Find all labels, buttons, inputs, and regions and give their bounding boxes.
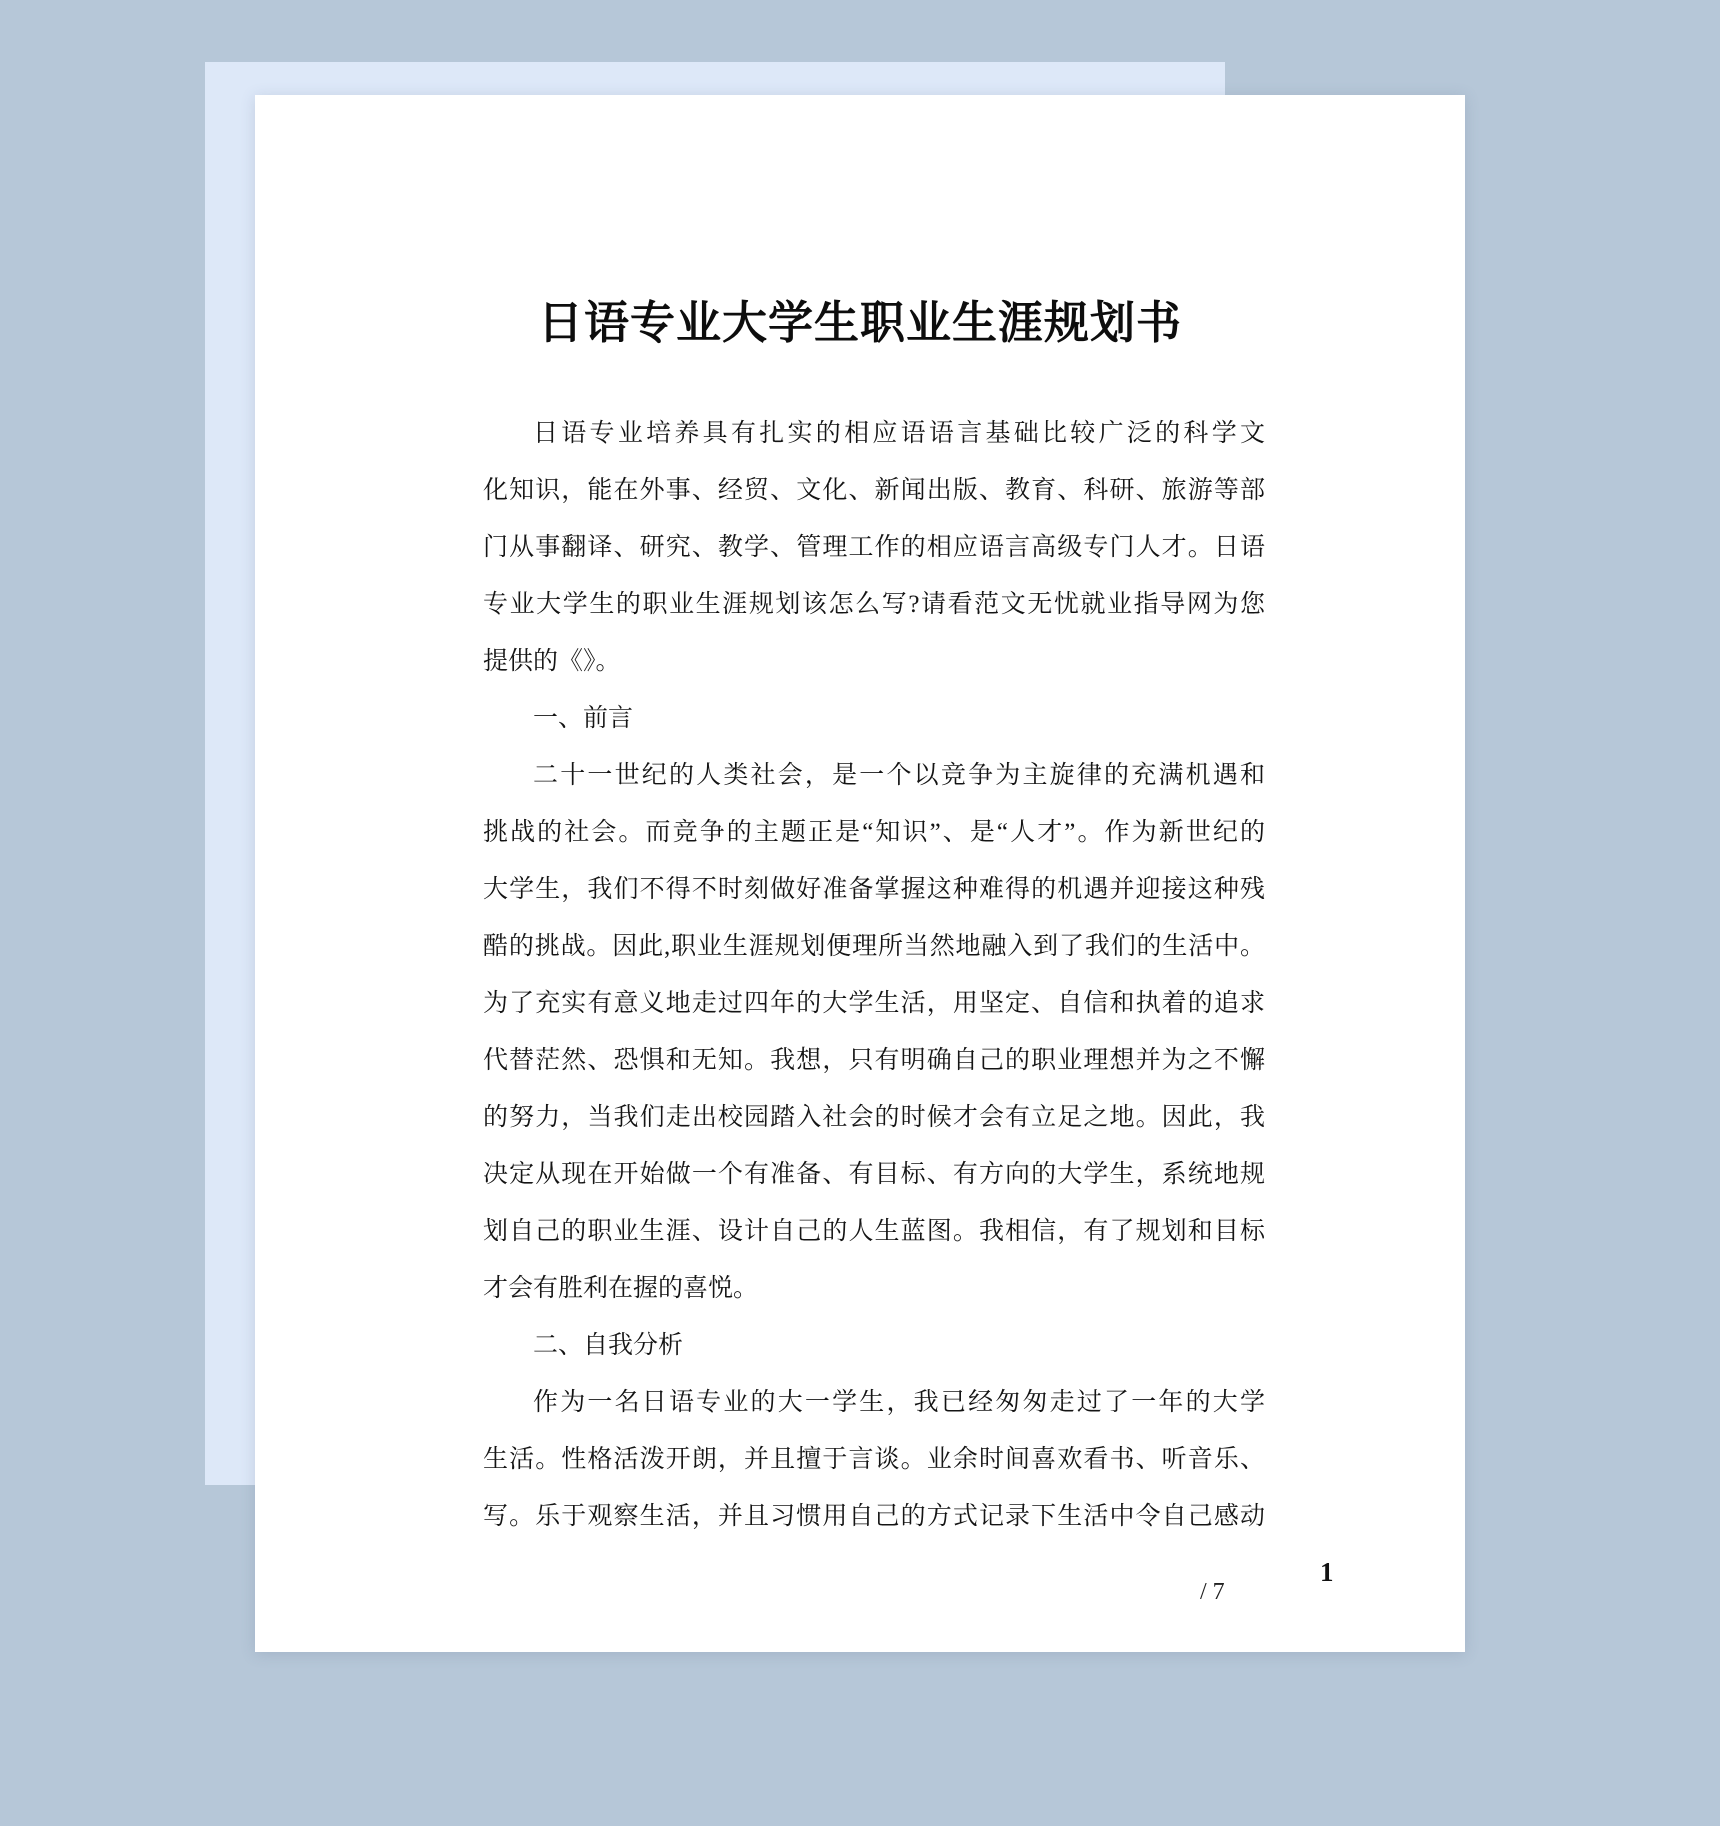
paragraph-line: 划自己的职业生涯、设计自己的人生蓝图。我相信，有了规划和目标 bbox=[483, 1203, 1265, 1260]
paragraph-line: 门从事翻译、研究、教学、管理工作的相应语言高级专门人才。日语 bbox=[483, 519, 1265, 576]
paragraph-line: 代替茫然、恐惧和无知。我想，只有明确自己的职业理想并为之不懈 bbox=[483, 1032, 1265, 1089]
section-heading: 一、前言 bbox=[483, 690, 1265, 747]
document-page: 日语专业大学生职业生涯规划书 日语专业培养具有扎实的相应语语言基础比较广泛的科学… bbox=[255, 95, 1465, 1652]
paragraph-line: 提供的《》。 bbox=[483, 633, 1265, 690]
paragraph-line: 为了充实有意义地走过四年的大学生活，用坚定、自信和执着的追求 bbox=[483, 975, 1265, 1032]
document-body: 日语专业培养具有扎实的相应语语言基础比较广泛的科学文 化知识，能在外事、经贸、文… bbox=[483, 405, 1265, 1545]
paragraph-line: 化知识，能在外事、经贸、文化、新闻出版、教育、科研、旅游等部 bbox=[483, 462, 1265, 519]
paragraph-line: 生活。性格活泼开朗，并且擅于言谈。业余时间喜欢看书、听音乐、 bbox=[483, 1431, 1265, 1488]
paragraph-line: 二十一世纪的人类社会，是一个以竞争为主旋律的充满机遇和 bbox=[483, 747, 1265, 804]
document-title: 日语专业大学生职业生涯规划书 bbox=[255, 293, 1465, 353]
paragraph-line: 才会有胜利在握的喜悦。 bbox=[483, 1260, 1265, 1317]
paragraph-line: 写。乐于观察生活，并且习惯用自己的方式记录下生活中令自己感动 bbox=[483, 1488, 1265, 1545]
paragraph-line: 专业大学生的职业生涯规划该怎么写?请看范文无忧就业指导网为您 bbox=[483, 576, 1265, 633]
paragraph-line: 挑战的社会。而竞争的主题正是“知识”、是“人才”。作为新世纪的 bbox=[483, 804, 1265, 861]
page-total: / 7 bbox=[1200, 1579, 1280, 1606]
document-preview-canvas: { "document": { "title": "日语专业大学生职业生涯规划书… bbox=[0, 0, 1720, 1826]
page-number: 1 bbox=[1320, 1557, 1360, 1588]
paragraph-line: 酷的挑战。因此,职业生涯规划便理所当然地融入到了我们的生活中。 bbox=[483, 918, 1265, 975]
paragraph-line: 大学生，我们不得不时刻做好准备掌握这种难得的机遇并迎接这种残 bbox=[483, 861, 1265, 918]
section-heading: 二、自我分析 bbox=[483, 1317, 1265, 1374]
paragraph-line: 作为一名日语专业的大一学生，我已经匆匆走过了一年的大学 bbox=[483, 1374, 1265, 1431]
paragraph-line: 日语专业培养具有扎实的相应语语言基础比较广泛的科学文 bbox=[483, 405, 1265, 462]
paragraph-line: 的努力，当我们走出校园踏入社会的时候才会有立足之地。因此，我 bbox=[483, 1089, 1265, 1146]
paragraph-line: 决定从现在开始做一个有准备、有目标、有方向的大学生，系统地规 bbox=[483, 1146, 1265, 1203]
